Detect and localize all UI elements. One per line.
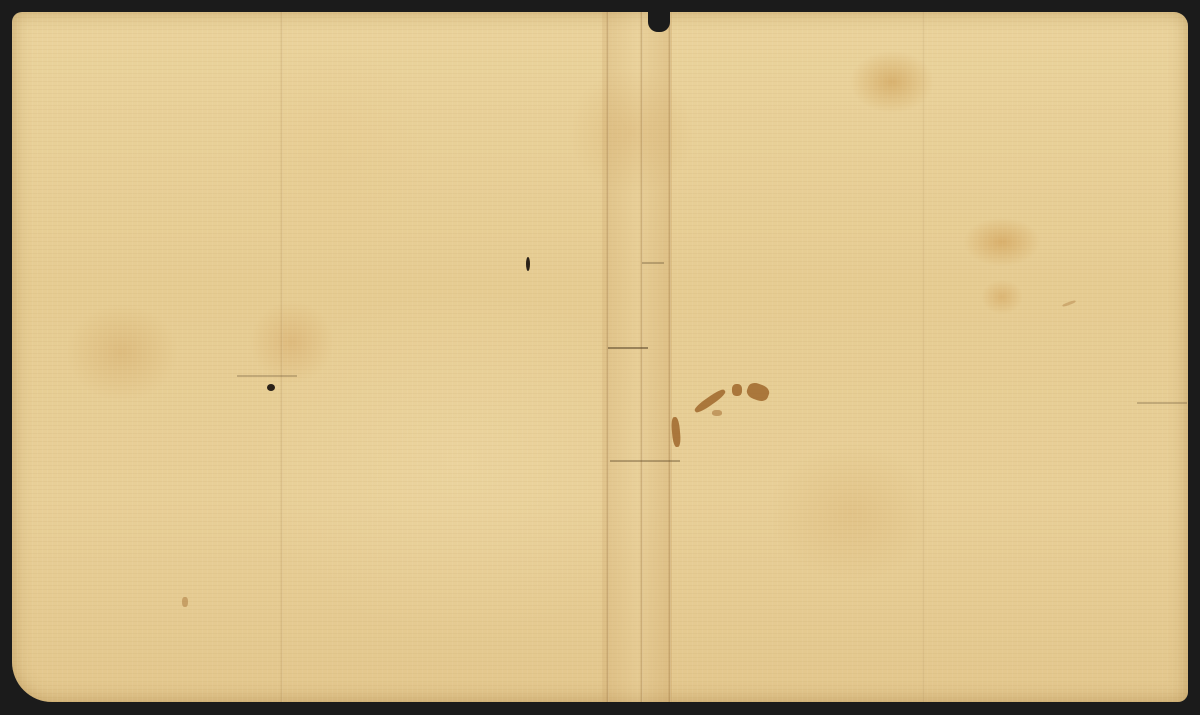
spot — [1062, 300, 1076, 308]
paper-note: Reverse side of an aged paper banknote — [12, 12, 1188, 702]
pinhole — [267, 384, 275, 391]
small-dark-spot — [526, 257, 530, 271]
handwritten-mark — [745, 381, 771, 404]
handwritten-mark — [671, 417, 682, 448]
center-fold-line-right — [668, 12, 671, 702]
handwritten-mark — [712, 410, 722, 416]
right-fold-line — [922, 12, 925, 702]
crease-mark — [610, 460, 680, 462]
center-fold-line-left — [606, 12, 609, 702]
center-fold-band — [602, 12, 672, 702]
spot — [182, 597, 188, 607]
dark-background: Reverse side of an aged paper banknote — [0, 0, 1200, 715]
handwritten-mark — [732, 384, 742, 396]
crease-mark — [642, 262, 664, 264]
handwritten-mark — [693, 387, 727, 414]
image-subject: Reverse side of an aged paper banknote — [12, 12, 13, 13]
crease-mark — [237, 375, 297, 377]
top-notch — [648, 10, 670, 32]
paper-texture — [12, 12, 1188, 702]
crease-mark — [1137, 402, 1187, 404]
left-fold-line — [280, 12, 283, 702]
center-fold-line-mid — [640, 12, 643, 702]
crease-mark — [608, 347, 648, 349]
